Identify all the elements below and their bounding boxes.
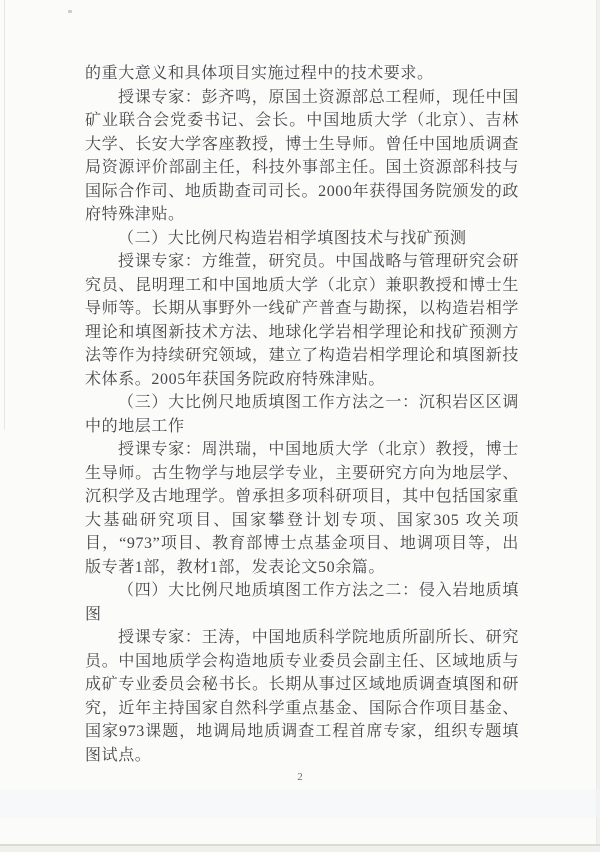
paragraph-expert-zhou-hongrui: 授课专家：周洪瑞，中国地质大学（北京）教授，博士生导师。古生物学与地层学专业，主… <box>85 438 519 579</box>
page-number: 2 <box>0 771 600 783</box>
scanned-document-page: 的重大意义和具体项目实施过程中的技术要求。 授课专家：彭齐鸣，原国土资源部总工程… <box>0 0 600 852</box>
scan-left-edge-line <box>4 0 5 430</box>
paragraph-expert-wang-tao: 授课专家：王涛，中国地质科学院地质所副所长、研究员。中国地质学会构造地质专业委员… <box>85 626 519 767</box>
paragraph-expert-fang-weixuan: 授课专家：方维萱，研究员。中国战略与管理研究会研究员、昆明理工和中国地质大学（北… <box>85 250 519 391</box>
section-heading-2: （二）大比例尺构造岩相学填图技术与找矿预测 <box>85 227 519 251</box>
scan-artifact-speck <box>68 10 72 13</box>
scan-bottom-tint <box>0 789 600 818</box>
section-heading-3: （三）大比例尺地质填图工作方法之一：沉积岩区区调中的地层工作 <box>85 391 519 438</box>
paragraph-expert-peng-qiming: 授课专家：彭齐鸣，原国土资源部总工程师，现任中国矿业联合会党委书记、会长。中国地… <box>85 86 519 227</box>
document-body: 的重大意义和具体项目实施过程中的技术要求。 授课专家：彭齐鸣，原国土资源部总工程… <box>85 62 519 767</box>
paragraph-continuation: 的重大意义和具体项目实施过程中的技术要求。 <box>85 62 519 86</box>
section-heading-4: （四）大比例尺地质填图工作方法之二：侵入岩地质填图 <box>85 579 519 626</box>
scan-bottom-strip <box>0 846 600 852</box>
